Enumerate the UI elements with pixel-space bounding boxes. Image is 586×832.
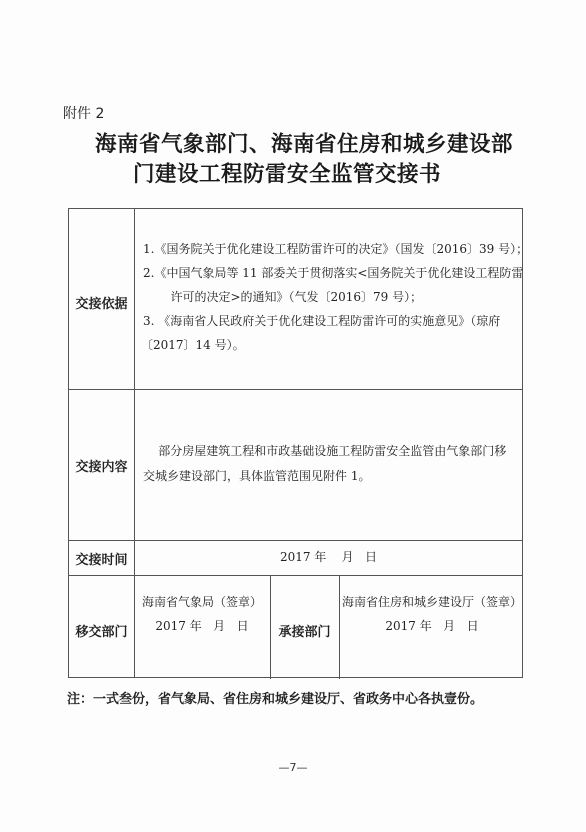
document-title-line2: 门建设工程防雷安全监管交接书 [133, 157, 586, 188]
content-line: 部分房屋建筑工程和市政基础设施工程防雷安全监管由气象部门移 [143, 439, 506, 463]
row-label-receive-dept: 承接部门 [270, 621, 339, 640]
transfer-org: 海南省气象局（签章） [134, 590, 270, 614]
receive-org: 海南省住房和城乡建设厅（签章） [340, 590, 524, 614]
row-label-transfer-dept: 移交部门 [69, 621, 134, 640]
receive-date: 2017 年 月 日 [340, 614, 524, 638]
transfer-date: 2017 年 月 日 [134, 614, 270, 638]
row-divider [69, 540, 522, 541]
row-label-basis: 交接依据 [69, 293, 134, 312]
basis-line: 许可的决定>的通知》（气发〔2016〕79 号）； [159, 285, 422, 309]
content-line: 交城乡建设部门，具体监管范围见附件 1。 [143, 464, 370, 488]
row-label-content: 交接内容 [69, 456, 134, 475]
basis-line: 1.《国务院关于优化建设工程防雷许可的决定》（国发〔2016〕39 号）； [143, 237, 528, 261]
page-number: —7— [0, 761, 586, 774]
document-title-line1: 海南省气象部门、海南省住房和城乡建设部 [95, 127, 586, 158]
attachment-label: 附件 2 [63, 103, 104, 123]
basis-line: 2.《中国气象局等 11 部委关于贯彻落实<国务院关于优化建设工程防雷 [143, 261, 523, 285]
basis-line: 〔2017〕14 号）。 [141, 333, 245, 357]
handover-date: 2017 年 月 日 [134, 545, 523, 569]
row-divider [69, 389, 522, 390]
basis-line: 3. 《海南省人民政府关于优化建设工程防雷许可的实施意见》（琼府 [143, 309, 500, 333]
handover-table: 交接依据 1.《国务院关于优化建设工程防雷许可的决定》（国发〔2016〕39 号… [68, 208, 523, 678]
row-divider [69, 575, 522, 576]
footnote: 注：一式叁份，省气象局、省住房和城乡建设厅、省政务中心各执壹份。 [67, 688, 483, 707]
row-label-time: 交接时间 [69, 549, 134, 568]
